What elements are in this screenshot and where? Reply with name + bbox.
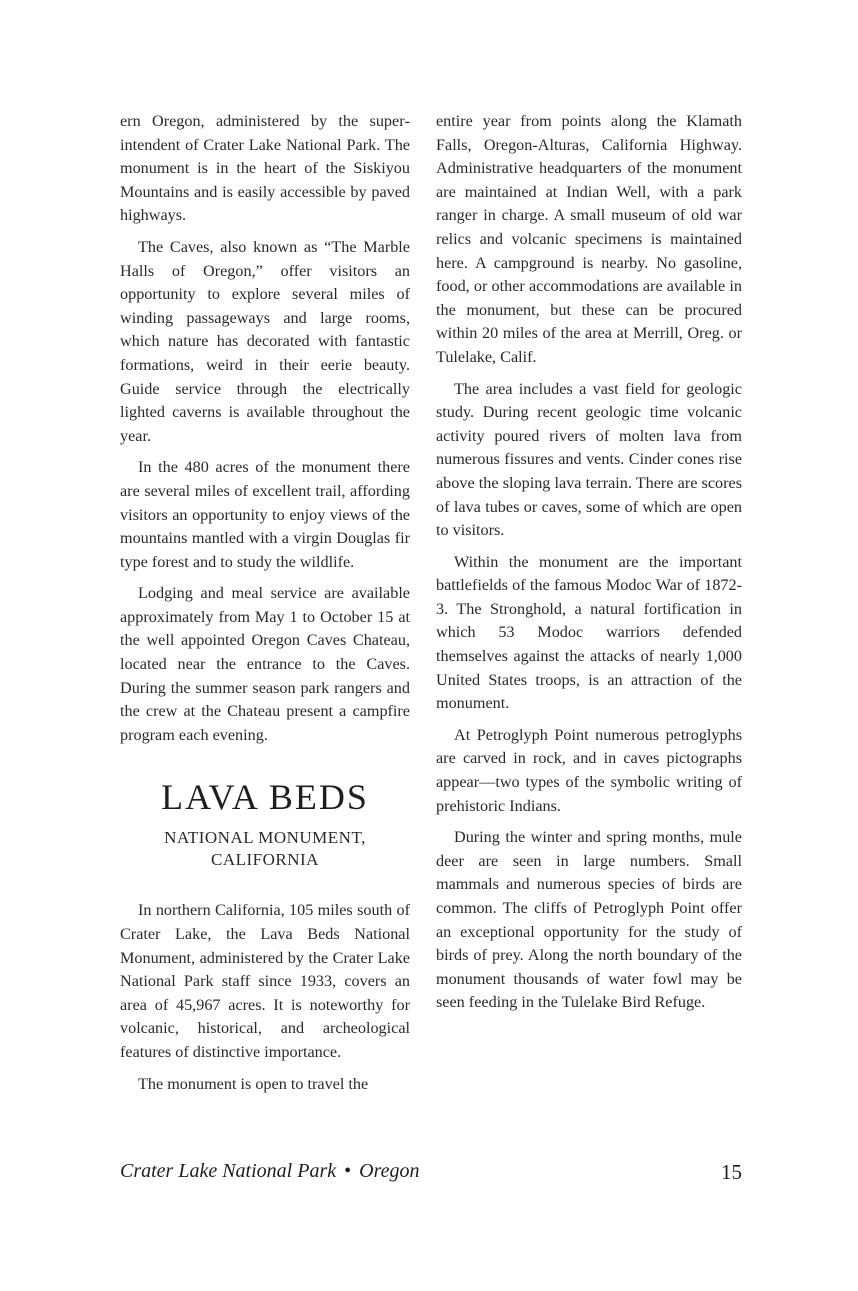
paragraph-marble-halls: The Caves, also known as “The Mar­ble Ha… (120, 236, 410, 448)
section-subtitle: NATIONAL MONUMENT, CALIFORNIA (120, 827, 410, 871)
bullet-separator: • (344, 1160, 351, 1182)
paragraph-trails: In the 480 acres of the monument there a… (120, 456, 410, 574)
page-number: 15 (721, 1160, 742, 1185)
left-column: ern Oregon, administered by the super­in… (120, 110, 410, 1096)
paragraph-open-to-travel: The monument is open to travel the (120, 1073, 410, 1097)
running-title-state: Oregon (359, 1160, 419, 1182)
section-title: LAVA BEDS (120, 777, 410, 817)
paragraph-lava-beds-intro: In northern California, 105 miles south … (120, 899, 410, 1064)
paragraph-headquarters: entire year from points along the Klam­a… (436, 110, 742, 370)
paragraph-wildlife: During the winter and spring months, mul… (436, 826, 742, 1015)
right-column: entire year from points along the Klam­a… (436, 110, 742, 1015)
paragraph-oregon-caves-intro: ern Oregon, administered by the super­in… (120, 110, 410, 228)
paragraph-geology: The area includes a vast field for geolo… (436, 378, 742, 543)
paragraph-lodging: Lodging and meal service are avail­able … (120, 582, 410, 747)
section-subtitle-line1: NATIONAL MONUMENT, (120, 827, 410, 849)
running-title: Crater Lake National Park•Oregon (120, 1160, 420, 1183)
section-heading-lava-beds: LAVA BEDS NATIONAL MONUMENT, CALIFORNIA (120, 777, 410, 871)
running-title-park: Crater Lake National Park (120, 1160, 336, 1182)
paragraph-battlefields: Within the monument are the im­portant b… (436, 551, 742, 716)
paragraph-petroglyphs: At Petroglyph Point numerous petro­glyph… (436, 724, 742, 818)
section-subtitle-line2: CALIFORNIA (120, 849, 410, 871)
